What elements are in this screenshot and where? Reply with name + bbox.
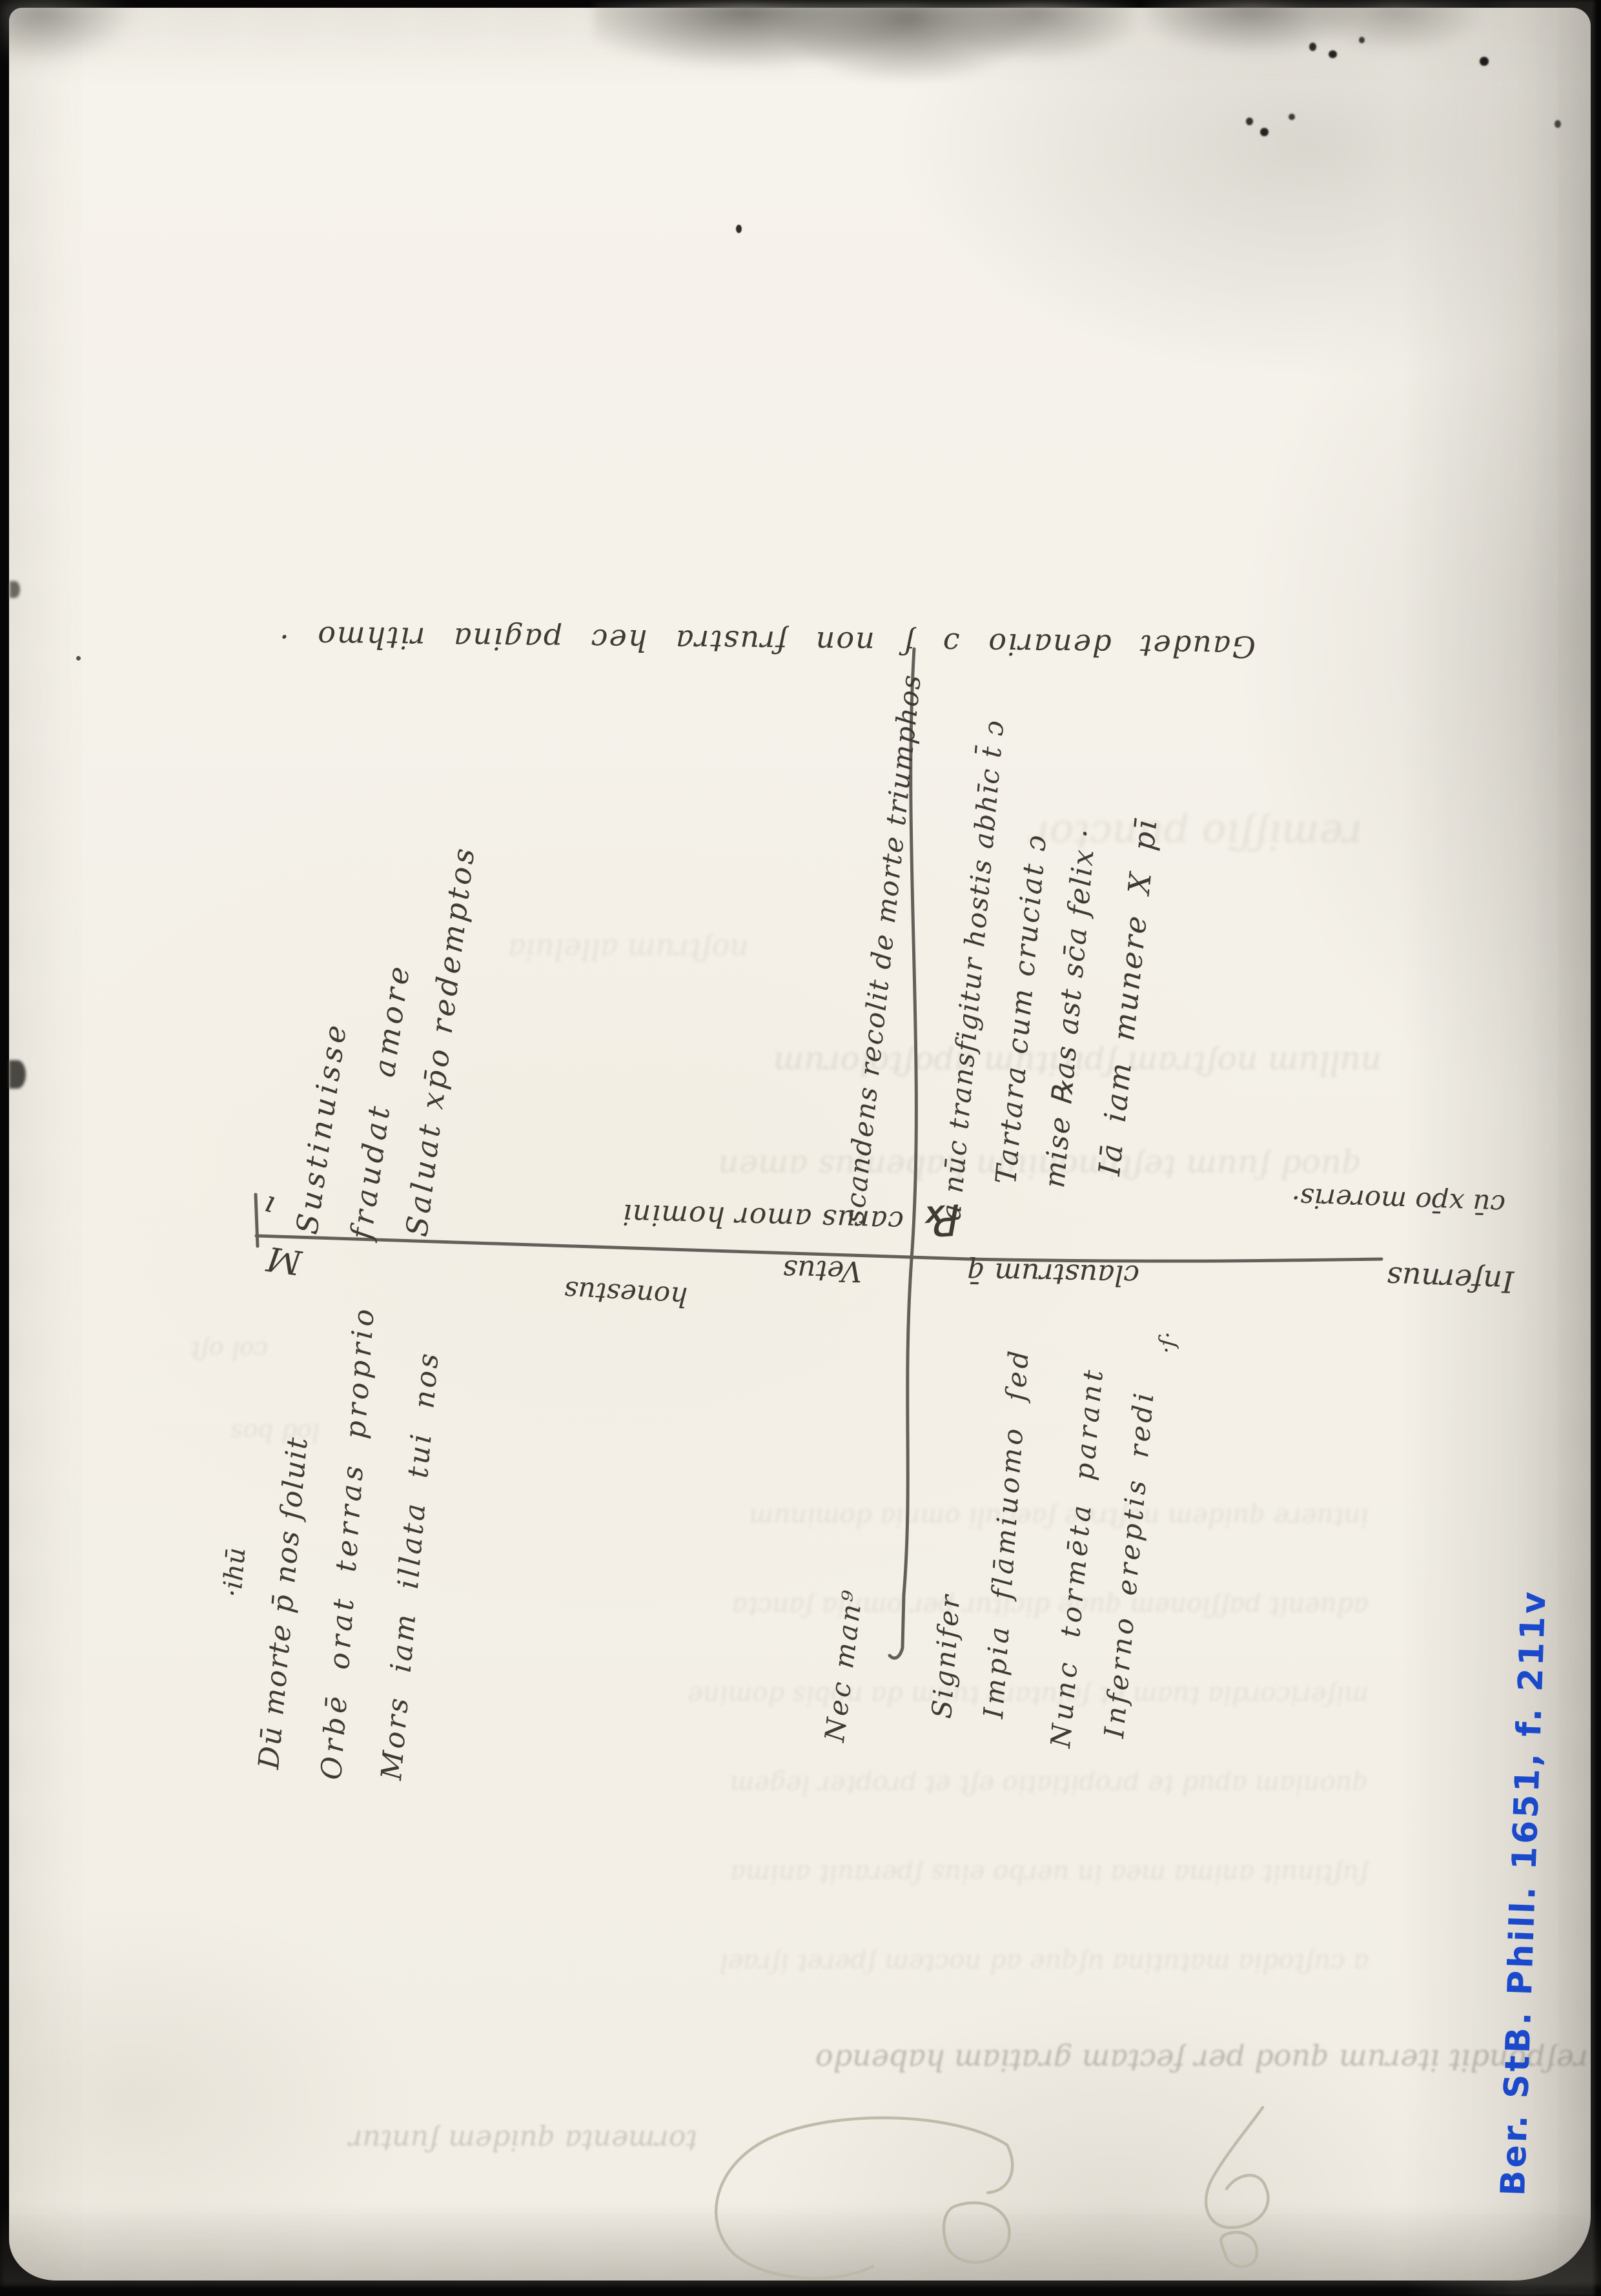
headline-verse: Gaudet denario ɔ ſ non frustra hec pagin… bbox=[387, 623, 1256, 662]
beam-label-honestus: honestus bbox=[545, 1276, 688, 1310]
pencil-doodle-left-oval bbox=[944, 2203, 1010, 2262]
pencil-doodle-right bbox=[1206, 2107, 1268, 2228]
pencil-doodle-right-oval bbox=[1221, 2232, 1257, 2266]
beam-label-infernus: Infernus bbox=[1345, 1261, 1514, 1297]
manuscript-scan: remiſſio punctor noſtrum alleluia nullum… bbox=[0, 0, 1601, 2296]
beam-label-cum-christo: cū xp̄o moreris· bbox=[1253, 1182, 1505, 1218]
diagram-lines bbox=[0, 0, 1601, 2296]
cross-beam-end-tick bbox=[256, 1194, 258, 1246]
pencil-doodle-left bbox=[716, 2118, 1007, 2279]
beam-label-m: M bbox=[260, 1240, 304, 1279]
beam-label-claustrum: claustrum q̄ bbox=[946, 1257, 1140, 1289]
verse-column-ihu: ·ihū bbox=[219, 1546, 250, 1598]
cross-stem-foot bbox=[890, 1648, 902, 1658]
beam-label-vetus: Vetus bbox=[765, 1255, 862, 1286]
pencil-doodle-left-hook bbox=[988, 2145, 1012, 2193]
stem-side-mark: ·ſ· bbox=[1156, 1331, 1179, 1355]
